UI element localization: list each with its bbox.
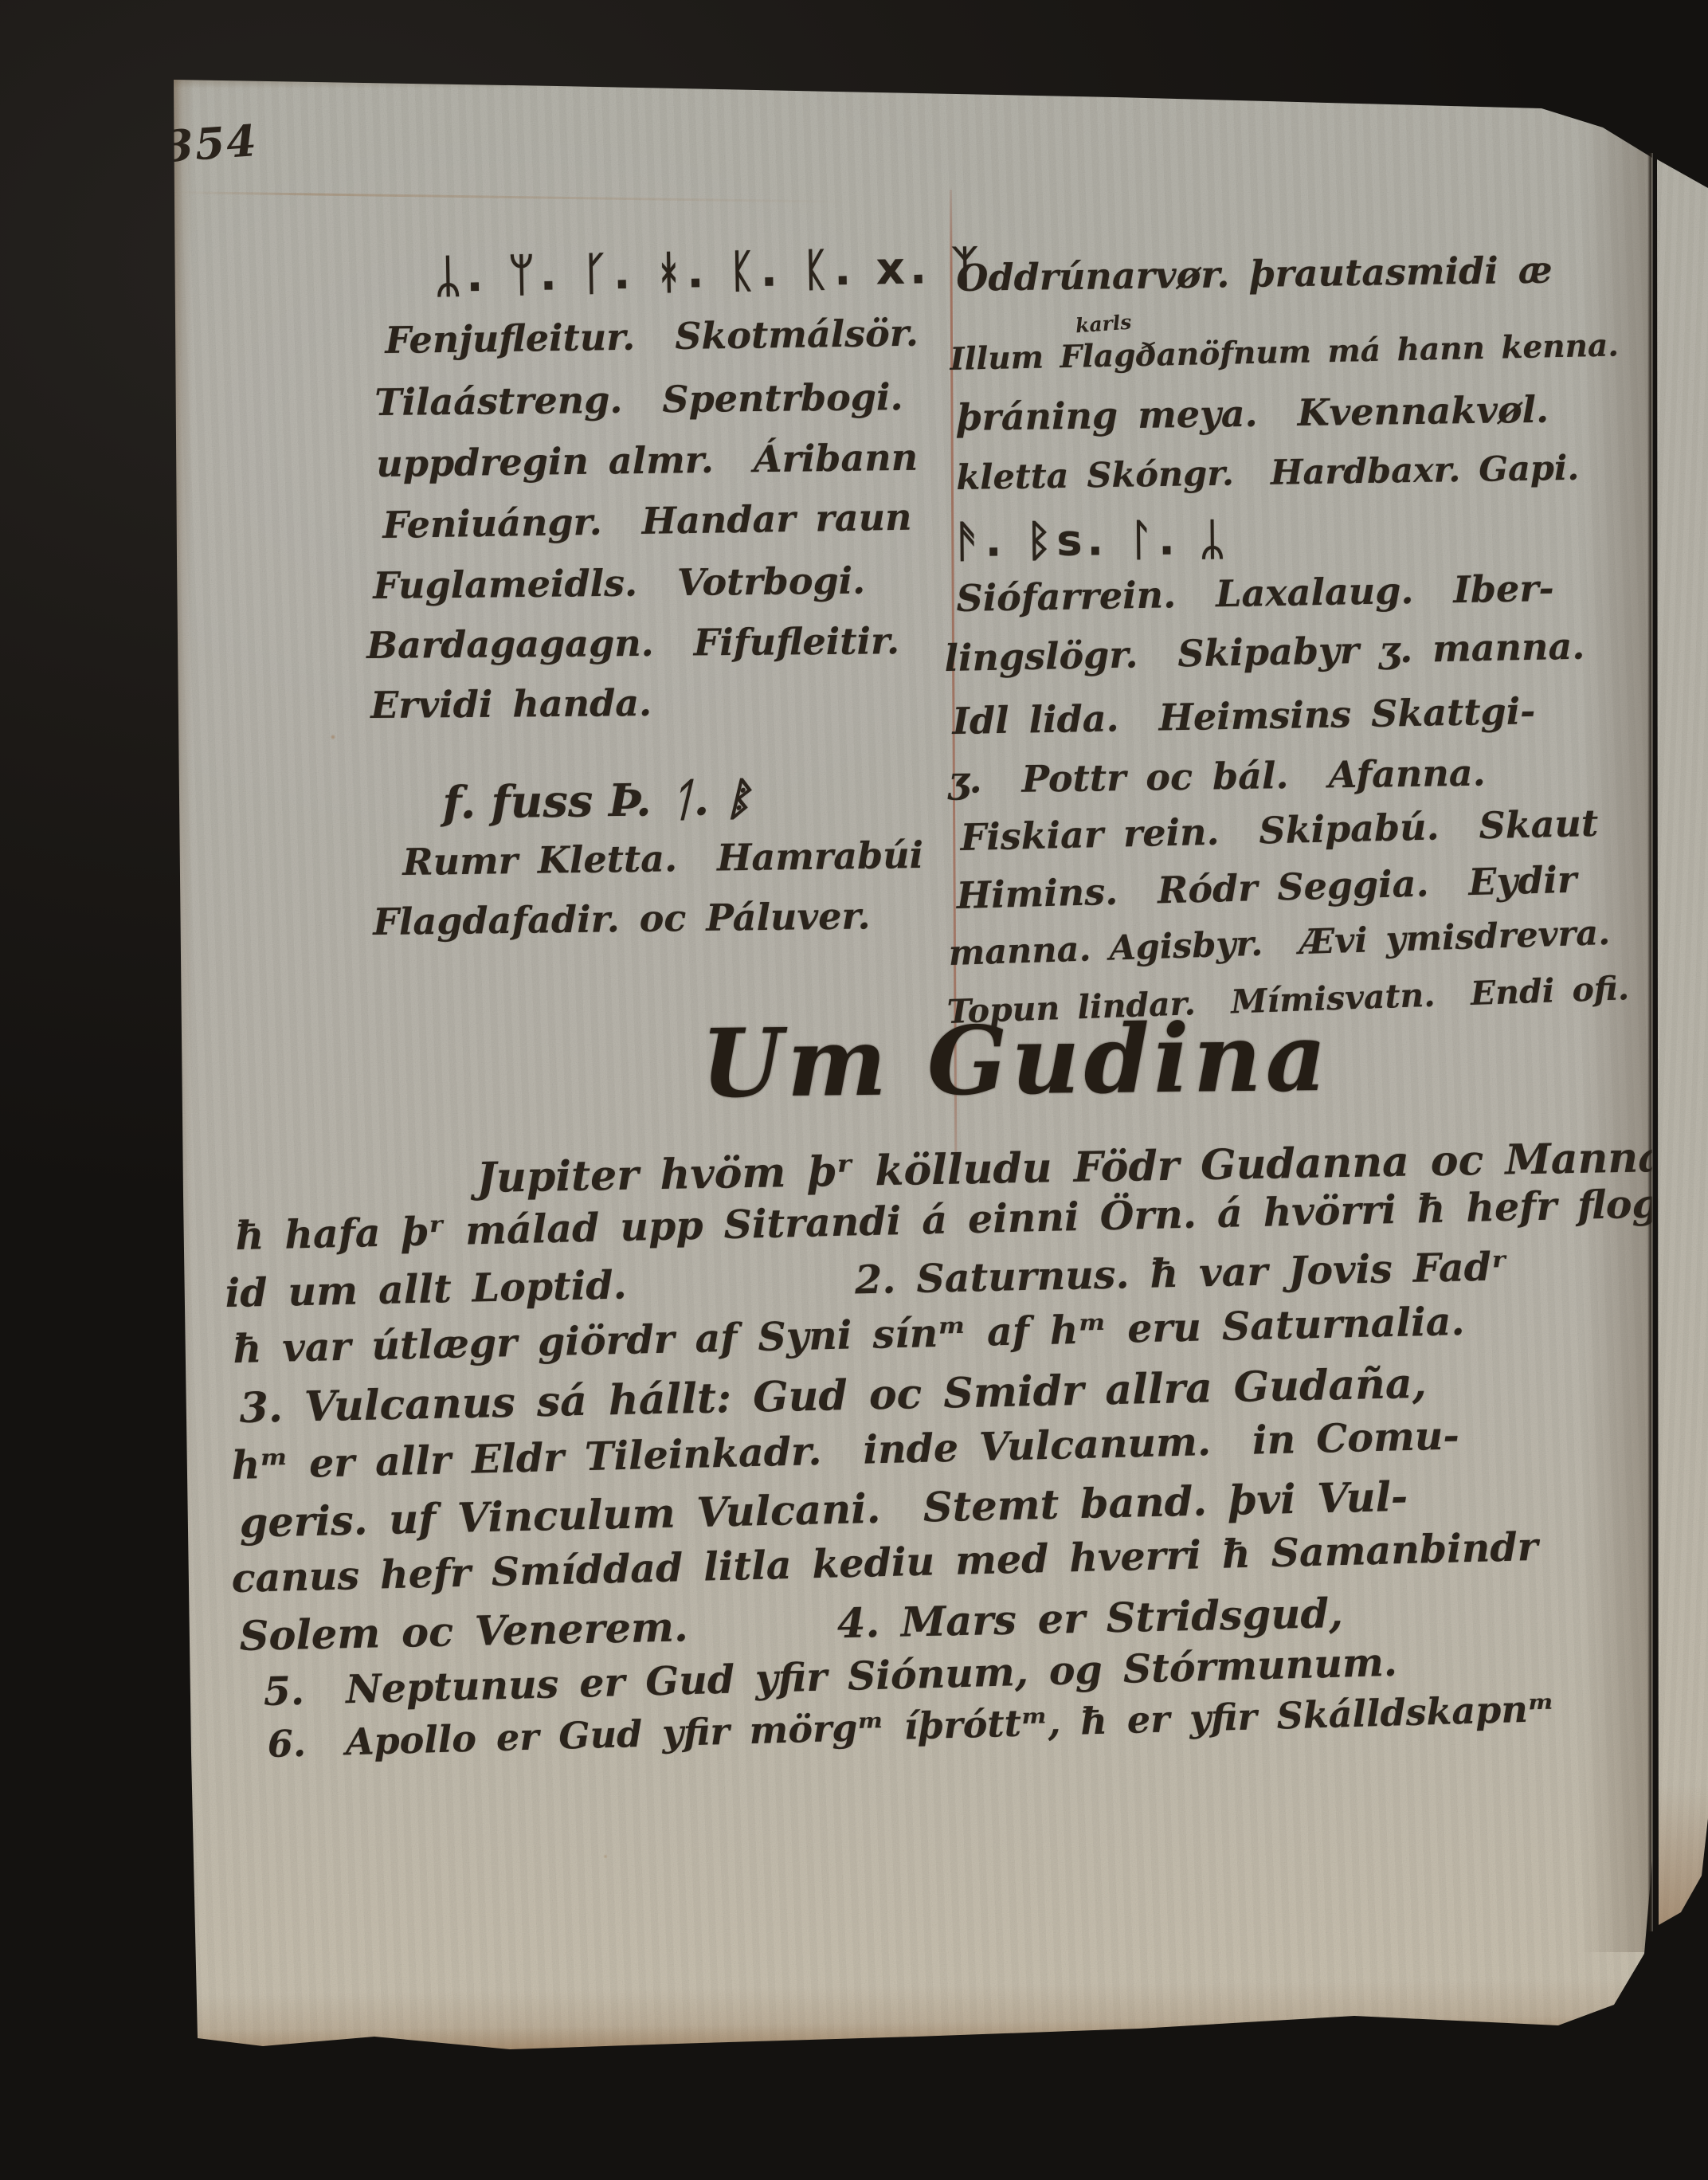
page-fold-shadow [1581,112,1653,1952]
manuscript-line: Fenjufleitur. Skotmálsör. [385,312,919,362]
manuscript-page: 354 ᛦ. ᛘ. ᚴ. ᚼ. ᛕ. ᛕ. x. ᛉ Fenjufleitur.… [0,0,1708,2180]
manuscript-line: uppdregin almr. Áribann [376,436,918,485]
manuscript-line: lingslögr. Skipabyr ʒ. manna. [944,625,1585,680]
manuscript-line: Bardagagagn. Fifufleitir. [366,619,899,667]
page-fold-crease [1647,153,1653,1931]
manuscript-line: Rumr Kletta. Hamrabúi [402,833,923,884]
manuscript-line: þráning meya. Kvennakvøl. [956,388,1549,439]
manuscript-line: ʒ. Pottr oc bál. Afanna. [948,751,1486,802]
manuscript-line: Flagdafadir. oc Páluver. [373,894,871,943]
paper-crease-mark [177,191,854,203]
manuscript-line: Siófarrein. Laxalaug. Iber- [956,567,1554,620]
manuscript-line: Feniuángr. Handar raun [382,496,912,547]
manuscript-line: Fuglameidls. Votrbogi. [373,559,865,607]
rune-line: ᚫ. ᛒs. ᛚ. ᛦ [954,514,1230,567]
page-edge-top-shadow [171,76,1653,88]
page-edge-singed-bottom [179,1978,1662,2060]
manuscript-line: Ervidi handa. [370,681,652,727]
manuscript-line: Himins. Ródr Seggia. Eydir [956,858,1577,917]
manuscript-line: manna. Agisbyr. Ævi ymisdrevra. [948,913,1611,974]
scanned-manuscript-view: 354 ᛦ. ᛘ. ᚴ. ᚼ. ᛕ. ᛕ. x. ᛉ Fenjufleitur.… [0,0,1708,2180]
folio-number: 354 [162,115,260,172]
manuscript-line: Illum Flagðanöfnum má hann kenna. [950,327,1619,378]
manuscript-line: Oddrúnarvør. þrautasmidi æ [956,249,1553,300]
interlinear-gloss: karls [1075,311,1132,338]
rune-line: ᛦ. ᛘ. ᚴ. ᚼ. ᛕ. ᛕ. x. ᛉ [434,241,984,303]
manuscript-line: kletta Skóngr. Hardbaxr. Gapi. [956,449,1580,498]
section-heading: Um Gudina [700,1010,1330,1111]
manuscript-line: Idl lida. Heimsins Skattgi- [952,689,1536,743]
page-edge-left-shadow [170,76,193,2052]
rune-line: f. fuss Þ. ᛐ. ᛔ [442,773,752,829]
manuscript-line: Fiskiar rein. Skipabú. Skaut [960,802,1599,859]
manuscript-line: Tilaástreng. Spentrbogi. [374,375,903,424]
adjacent-leaf-singe [1657,1785,1708,1936]
